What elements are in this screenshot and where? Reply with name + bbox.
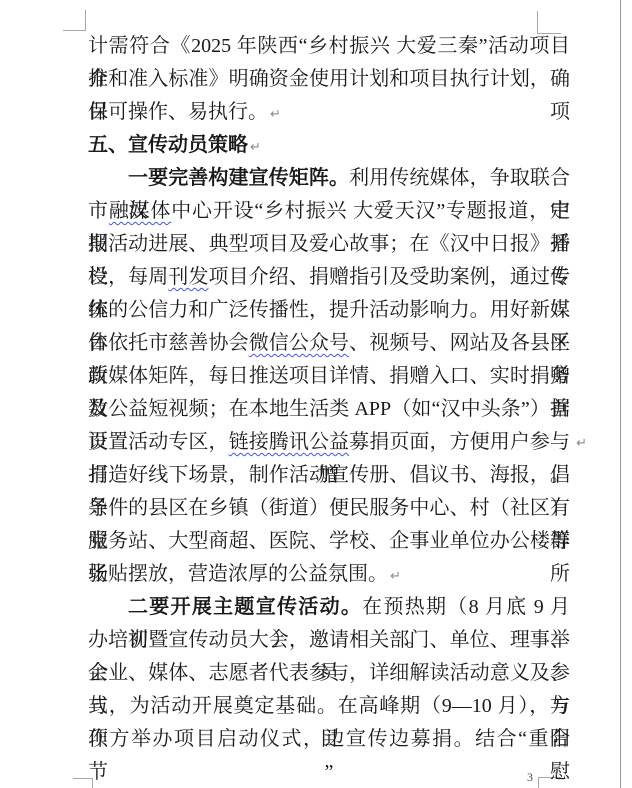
text-line: 新媒体矩阵，每日推送项目详情、捐赠入口、实时捐赠数据	[88, 360, 570, 393]
text-line: 一要完善构建宣传矩阵。利用传统媒体，争取联合汉中	[88, 162, 570, 195]
paragraph-mark-icon: ↵	[388, 569, 401, 584]
paragraph-mark-icon: ↵	[248, 140, 261, 155]
text-line: 企业、媒体、志愿者代表参与，详细解读活动意义及参与方	[88, 657, 570, 690]
text-line: 目可操作、易执行。↵	[88, 96, 570, 129]
text-line: 五、宣传动员策略↵	[88, 129, 570, 162]
bold-text: 一要完善构建宣传矩阵。	[128, 167, 349, 189]
text-line: 计需符合《2025 年陕西“乡村振兴 大爱三秦”活动项目推	[88, 30, 570, 63]
text-line: 体的公信力和广泛传播性，提升活动影响力。用好新媒体平	[88, 294, 570, 327]
text-line: 台依托市慈善协会微信公众号、视频号、网站及各县区政务	[88, 327, 570, 360]
text-line: 栏，每周刊发项目介绍、捐赠指引及受助案例，通过传统媒	[88, 261, 570, 294]
spellcheck-underlined-text: 链接腾讯公益	[229, 431, 350, 453]
text-line: 式，为活动开展奠定基础。在高峰期（9—10 月），与项目合	[88, 690, 570, 723]
body-text: 作方举办项目启动仪式，边宣传边募捐。结合“重阳节”慰	[88, 728, 570, 783]
page-edge-line	[620, 0, 621, 788]
text-line: 打造好线下场景，制作活动宣传册、倡议书、海报，倡导有	[88, 459, 570, 492]
spellcheck-underlined-text: 刊发	[168, 266, 208, 288]
body-text: 张贴摆放，营造浓厚的公益氛围。	[88, 563, 388, 585]
text-line: 报活动进展、典型项目及爱心故事；在《汉中日报》开设专	[88, 228, 570, 261]
body-text: 市	[88, 200, 109, 222]
text-line: 二要开展主题宣传活动。在预热期（8 月底 9 月初）。举	[88, 591, 570, 624]
text-line: 介和准入标准》明确资金使用计划和项目执行计划，确保项	[88, 63, 570, 96]
spellcheck-underlined-text: 微信公众号	[249, 332, 349, 354]
body-text: 设置活动专区，	[88, 431, 229, 453]
text-line: 办培训暨宣传动员大会，邀请相关部门、单位、理事、会员、	[88, 624, 570, 657]
page-number: 3	[527, 770, 533, 784]
paragraph-mark-icon: ↵	[576, 427, 587, 460]
bold-text: 二要开展主题宣传活动。	[128, 596, 362, 618]
paragraph-mark-icon: ↵	[268, 107, 281, 122]
document-body: 计需符合《2025 年陕西“乡村振兴 大爱三秦”活动项目推介和准入标准》明确资金…	[88, 30, 570, 756]
text-line: 条件的县区在乡镇（街道）便民服务中心、村（社区）党群	[88, 492, 570, 525]
text-line: 张贴摆放，营造浓厚的公益氛围。↵	[88, 558, 570, 591]
text-line: 作方举办项目启动仪式，边宣传边募捐。结合“重阳节”慰	[88, 723, 570, 756]
body-text: 台依托市慈善协会	[88, 332, 249, 354]
document-page: 计需符合《2025 年陕西“乡村振兴 大爱三秦”活动项目推介和准入标准》明确资金…	[0, 0, 632, 788]
text-line: 服务站、大型商超、医院、学校、企事业单位办公楼等场所	[88, 525, 570, 558]
body-text: 目可操作、易执行。	[88, 101, 268, 123]
bold-text: 五、宣传动员策略	[88, 134, 248, 156]
crop-mark-top-left-icon	[63, 10, 86, 31]
body-text: 栏，每周	[88, 266, 168, 288]
text-line: 设置活动专区，链接腾讯公益募捐页面，方便用户参与捐赠。↵	[88, 426, 570, 459]
text-line: 及公益短视频；在本地生活类 APP（如“汉中头条”）首页	[88, 393, 570, 426]
text-line: 市融媒体中心开设“乡村振兴 大爱天汉”专题报道，定期播	[88, 195, 570, 228]
spellcheck-underlined-text: 融媒体	[109, 200, 171, 222]
